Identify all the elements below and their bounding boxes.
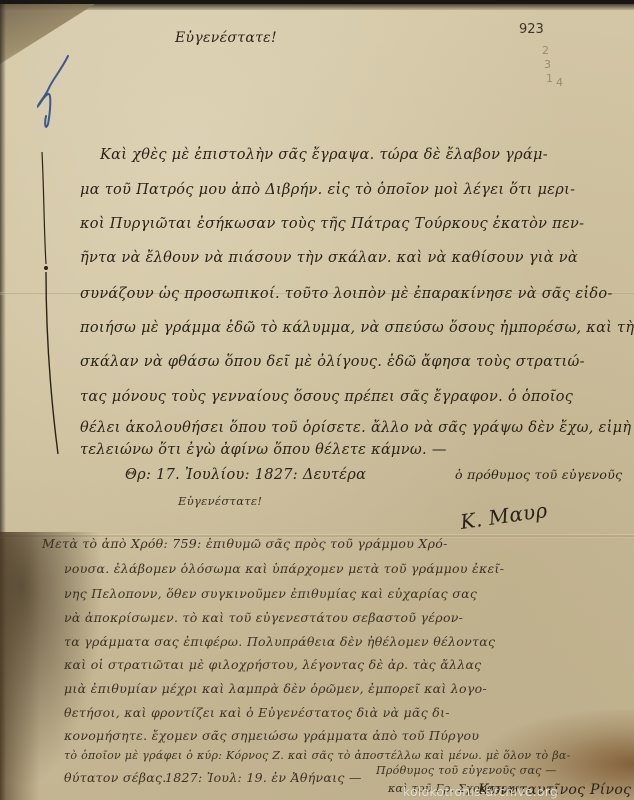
letter1-line: τελειώνω ὅτι ἐγὼ ἀφίνω ὅπου θέλετε κάμνω… [80,442,447,458]
letter1-line: κοὶ Πυργιῶται ἐσήκωσαν τοὺς τῆς Πάτρας Τ… [80,216,584,232]
letter2-date: 1827: Ἰουλ: 19. ἐν Ἀθήναις — [165,770,362,785]
letter1-signature: Κ. Μαυρ [459,498,549,534]
letter1-line: σκάλαν νὰ φθάσω ὅπου δεῖ μὲ ὀλίγους. ἐδῶ… [80,354,585,370]
letter2-closing: Πρόθυμος τοῦ εὐγενοῦς σας — [376,764,557,777]
pencil-note: 4 [556,76,563,90]
letter2-line: θετήσοι, καὶ φροντίζει καὶ ὁ Εὐγενέστατο… [64,705,450,720]
letter2-line: τα γράμματα σας ἐπιφέρω. Πολυπράθεια δὲν… [64,634,495,649]
pencil-note: 2 [542,44,563,58]
letter1-line: τας μόνους τοὺς γενναίους ὅσους πρέπει σ… [80,389,573,405]
letter1-line: Καὶ χθὲς μὲ ἐπιστολὴν σᾶς ἔγραψα. τώρα δ… [100,147,548,163]
letter1-line: ῆντα νὰ ἔλθουν νὰ πιάσουν τὴν σκάλαν. κα… [80,250,578,266]
salutation: Εὐγενέστατε! [175,30,277,46]
letter1-date: Θρ: 17. Ἰουλίου: 1827: Δευτέρα [125,467,366,483]
page-number: 923 [519,22,544,37]
letter2-line: καὶ οἱ στρατιῶται μὲ φιλοχρήστου, λέγοντ… [64,657,482,672]
document-page: 923 2 3 1 4 Εὐγενέστατε! Καὶ χθὲς μὲ ἐπι… [0,4,634,800]
letter2-line: τὸ ὁποῖον μὲ γράφει ὁ κύρ: Κόρνος Ζ. καὶ… [64,749,571,762]
pencil-note: 3 [544,58,563,72]
blue-pencil-mark-icon [34,54,74,134]
letter2-line: νης Πελοπονν, ὅθεν συγκινοῦμεν ἐπιθυμίας… [64,586,477,601]
letter1-line: ποιήσω μὲ γράμμα ἐδῶ τὸ κάλυμμα, νὰ σπεύ… [80,320,634,336]
margin-line [40,152,60,466]
letter1-line: θέλει ἀκολουθήσει ὅπου τοῦ ὁρίσετε. ἄλλο… [80,420,631,436]
letter1-line: συνάζουν ὡς προσωπικοί. τοῦτο λοιπὸν μὲ … [80,286,613,302]
letter2-line: νουσα. ἐλάβομεν ὁλόσωμα καὶ ὑπάρχομεν με… [64,561,504,576]
letter1-closing: ὁ πρόθυμος τοῦ εὐγενοῦς [455,467,622,482]
letter2-line: μιὰ ἐπιθυμίαν μέχρι καὶ λαμπρὰ δὲν ὁρῶμε… [64,681,487,696]
letter1-closing-salutation: Εὐγενέστατε! [178,494,262,508]
letter2-line: νὰ ἀποκρίσωμεν. τὸ καὶ τοῦ εὐγενεστάτου … [64,610,463,625]
archive-watermark: kolokotronis-archive.org [403,784,558,799]
torn-top-edge [0,4,634,10]
letter1-line: μα τοῦ Πατρός μου ἀπὸ Διβρήν. εἰς τὸ ὁπο… [80,182,575,198]
letter2-line: κονομήσητε. ἔχομεν σᾶς σημειώσω γράμματα… [64,728,479,743]
pencil-annotations: 2 3 1 4 [540,44,563,90]
letter2-line: Μετὰ τὸ ἀπὸ Χρόθ: 759: ἐπιθυμῶ σᾶς πρὸς … [42,536,448,551]
letter2-line: θύτατον σέβας. [64,770,167,785]
